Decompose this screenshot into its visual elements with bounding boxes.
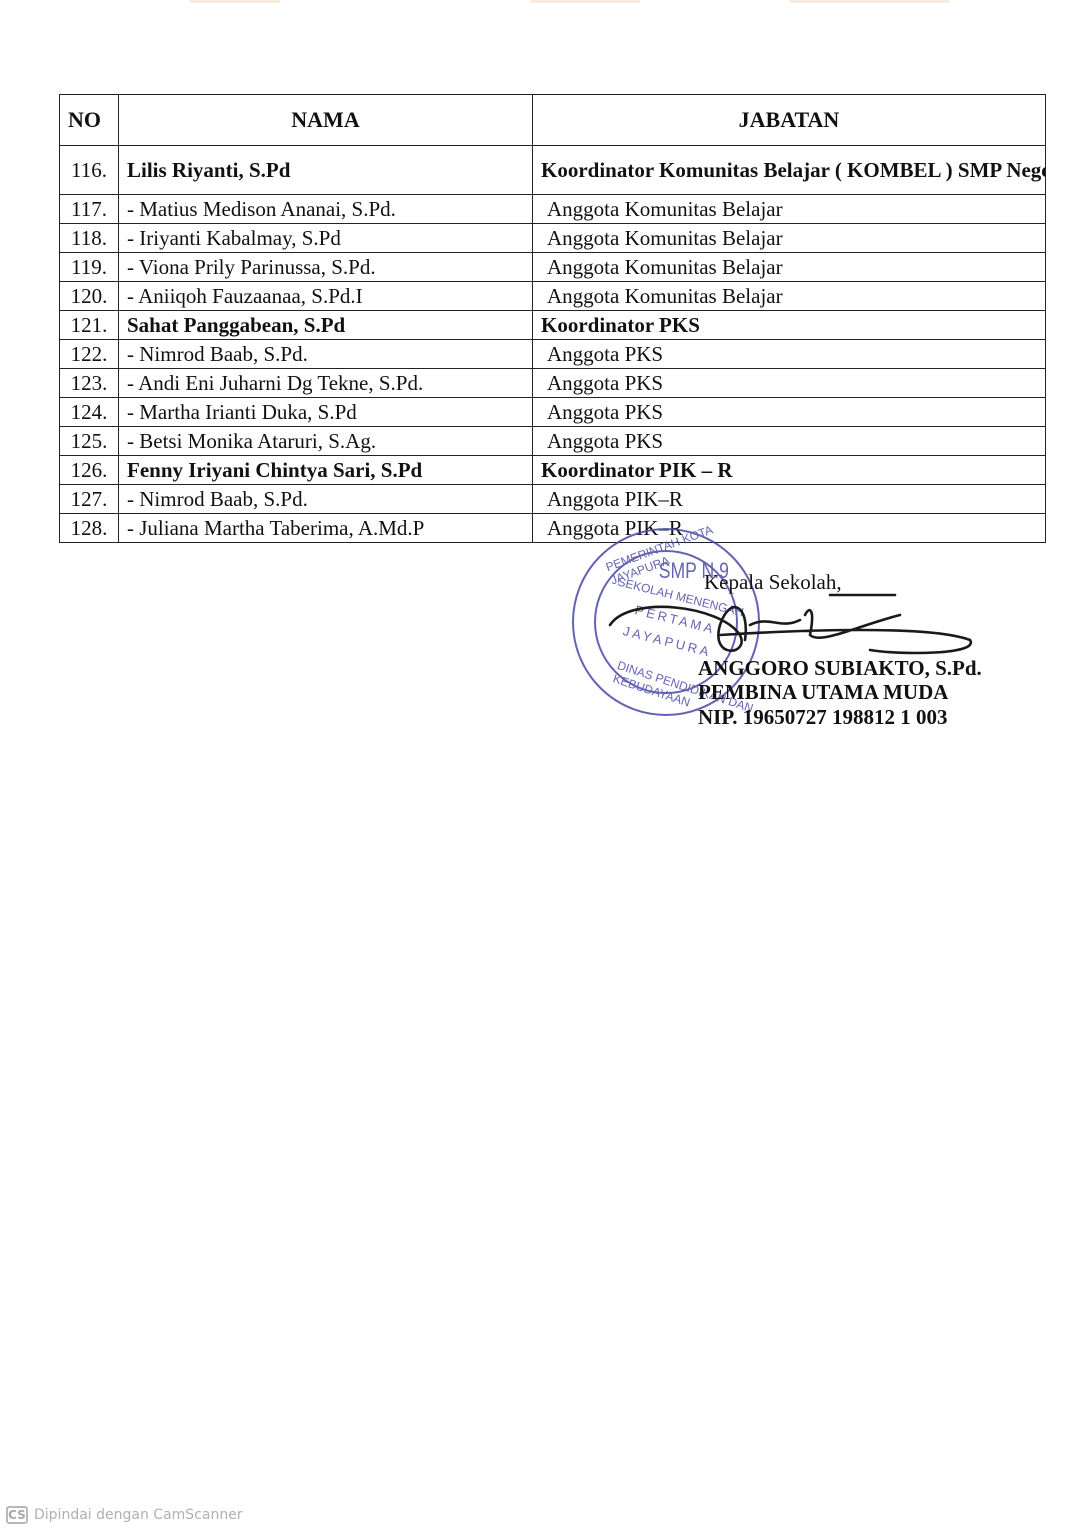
staff-roster-table: NO NAMA JABATAN 116.Lilis Riyanti, S.PdK… [59,94,1046,543]
table-row: 125.- Betsi Monika Ataruri, S.Ag.Anggota… [60,427,1046,456]
table-row: 119.- Viona Prily Parinussa, S.Pd.Anggot… [60,253,1046,282]
row-name: - Andi Eni Juharni Dg Tekne, S.Pd. [119,369,533,398]
row-number: 128. [60,514,119,543]
row-number: 117. [60,195,119,224]
row-position: Anggota PKS [533,427,1046,456]
signatory-nip: NIP. 19650727 198812 1 003 [698,705,948,730]
row-name: - Iriyanti Kabalmay, S.Pd [119,224,533,253]
row-number: 121. [60,311,119,340]
table-row: 128.- Juliana Martha Taberima, A.Md.PAng… [60,514,1046,543]
row-position: Koordinator Komunitas Belajar ( KOMBEL )… [533,146,1046,195]
row-number: 125. [60,427,119,456]
row-number: 116. [60,146,119,195]
row-position: Anggota PKS [533,340,1046,369]
table-row: 121.Sahat Panggabean, S.PdKoordinator PK… [60,311,1046,340]
row-position: Anggota PKS [533,369,1046,398]
signatory-title: Kepala Sekolah, [704,570,842,595]
row-number: 124. [60,398,119,427]
row-position: Anggota PKS [533,398,1046,427]
row-name: Fenny Iriyani Chintya Sari, S.Pd [119,456,533,485]
row-number: 122. [60,340,119,369]
row-name: - Nimrod Baab, S.Pd. [119,340,533,369]
table-row: 120.- Aniiqoh Fauzaanaa, S.Pd.IAnggota K… [60,282,1046,311]
row-position: Koordinator PKS [533,311,1046,340]
row-name: - Aniiqoh Fauzaanaa, S.Pd.I [119,282,533,311]
header-no: NO [60,95,119,146]
table-row: 127.- Nimrod Baab, S.Pd.Anggota PIK–R [60,485,1046,514]
table-row: 124.- Martha Irianti Duka, S.PdAnggota P… [60,398,1046,427]
row-position: Anggota Komunitas Belajar [533,253,1046,282]
row-name: Sahat Panggabean, S.Pd [119,311,533,340]
table-row: 118.- Iriyanti Kabalmay, S.PdAnggota Kom… [60,224,1046,253]
header-nama: NAMA [119,95,533,146]
row-number: 126. [60,456,119,485]
scan-edge-marks [0,0,1067,4]
row-position: Anggota Komunitas Belajar [533,195,1046,224]
row-position: Koordinator PIK – R [533,456,1046,485]
table-row: 117.- Matius Medison Ananai, S.Pd.Anggot… [60,195,1046,224]
row-name: - Martha Irianti Duka, S.Pd [119,398,533,427]
row-name: - Viona Prily Parinussa, S.Pd. [119,253,533,282]
table-row: 123.- Andi Eni Juharni Dg Tekne, S.Pd.An… [60,369,1046,398]
table-row: 122.- Nimrod Baab, S.Pd.Anggota PKS [60,340,1046,369]
row-number: 119. [60,253,119,282]
table-row: 116.Lilis Riyanti, S.PdKoordinator Komun… [60,146,1046,195]
row-name: - Betsi Monika Ataruri, S.Ag. [119,427,533,456]
signatory-name: ANGGORO SUBIAKTO, S.Pd. [698,656,982,681]
row-name: - Nimrod Baab, S.Pd. [119,485,533,514]
handwritten-signature [600,585,1000,665]
row-position: Anggota PIK–R [533,485,1046,514]
camscanner-watermark: CS Dipindai dengan CamScanner [6,1506,243,1524]
row-name: - Matius Medison Ananai, S.Pd. [119,195,533,224]
row-number: 118. [60,224,119,253]
signatory-rank: PEMBINA UTAMA MUDA [698,680,948,705]
row-position: Anggota Komunitas Belajar [533,282,1046,311]
row-number: 120. [60,282,119,311]
row-position: Anggota PIK–R [533,514,1046,543]
row-position: Anggota Komunitas Belajar [533,224,1046,253]
header-jabatan: JABATAN [533,95,1046,146]
camscanner-logo-icon: CS [6,1506,28,1524]
row-name: Lilis Riyanti, S.Pd [119,146,533,195]
row-number: 127. [60,485,119,514]
row-name: - Juliana Martha Taberima, A.Md.P [119,514,533,543]
watermark-text: Dipindai dengan CamScanner [34,1507,243,1523]
table-header-row: NO NAMA JABATAN [60,95,1046,146]
row-number: 123. [60,369,119,398]
table-row: 126.Fenny Iriyani Chintya Sari, S.PdKoor… [60,456,1046,485]
